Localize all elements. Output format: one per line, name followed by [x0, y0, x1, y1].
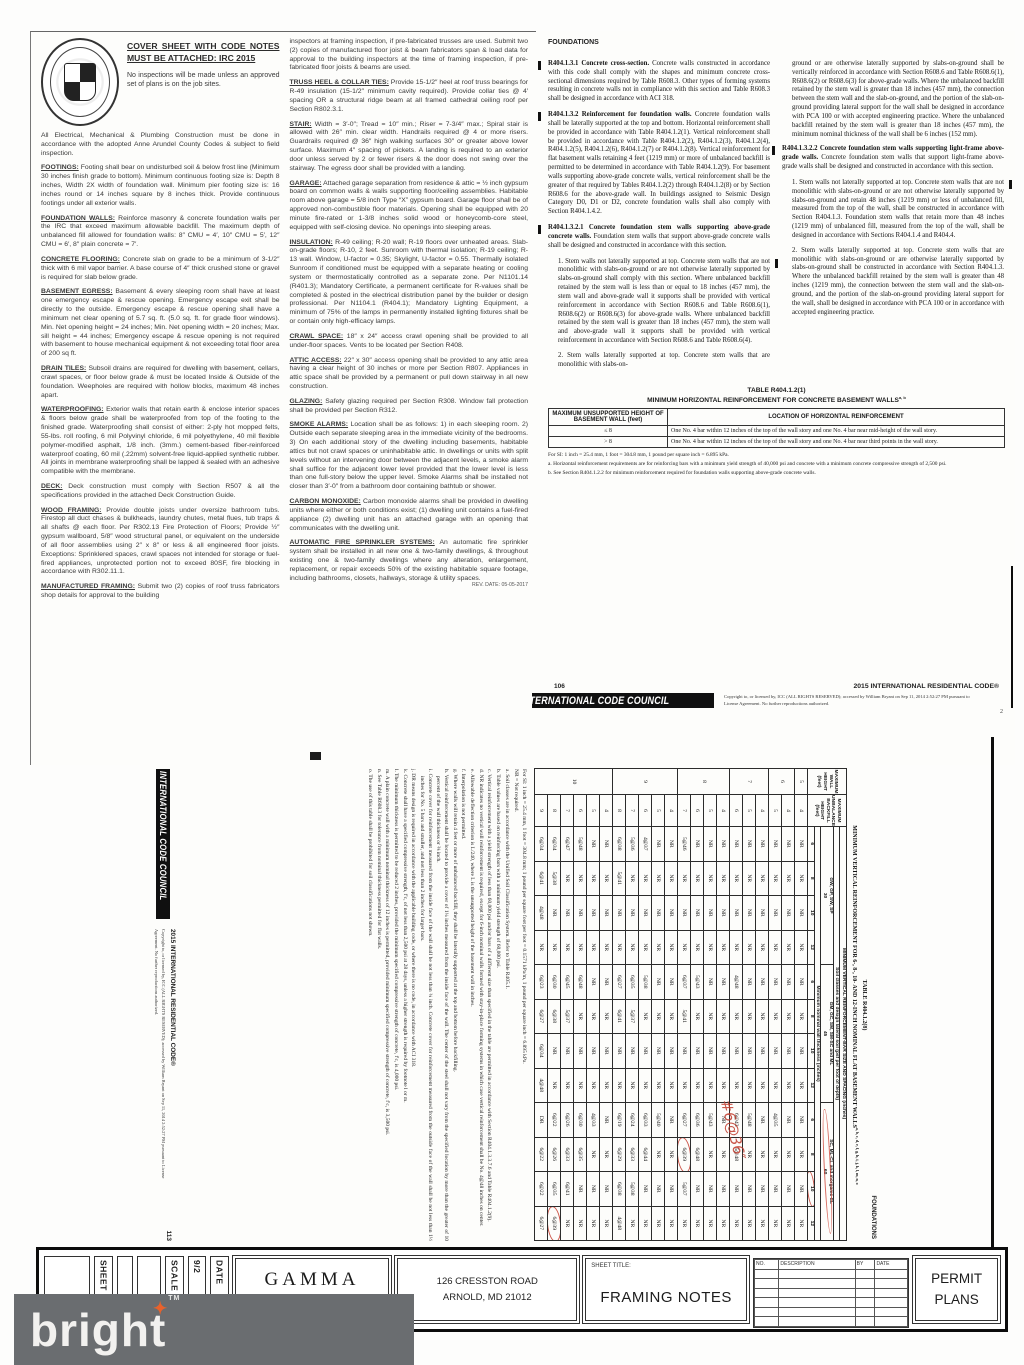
- table1-location-cell: One No. 4 bar within 12 inches of the to…: [668, 437, 1005, 448]
- backfill-cell: 5: [652, 795, 665, 827]
- reinforcement-cell: NR: [548, 1034, 561, 1069]
- reinforcement-cell: 6@29: [613, 1137, 626, 1172]
- page-number: 106: [554, 683, 565, 690]
- reinforcement-cell: 5@37: [626, 999, 639, 1034]
- cover-sections-left: FOOTINGS: Footing shall bear on undistur…: [41, 164, 280, 600]
- reinforcement-cell: NR: [769, 1068, 782, 1103]
- reinforcement-cell: NR: [639, 1068, 652, 1103]
- permit-stamp-line1: PERMIT: [931, 1269, 982, 1289]
- page-edge-line: [991, 737, 994, 1250]
- reinforcement-cell: 6@41: [561, 1172, 574, 1207]
- scale-label: SCALE: [170, 1260, 180, 1291]
- reinforcement-cell: NR: [743, 965, 756, 1000]
- reinforcement-cell: 6@22: [548, 1103, 561, 1138]
- section-heading: FOOTINGS:: [41, 164, 79, 171]
- reinforcement-cell: NR: [678, 1068, 691, 1103]
- reinforcement-cell: NR: [704, 999, 717, 1034]
- section-heading: TRUSS HEEL & COLLAR TIES:: [290, 79, 389, 86]
- company-name-line1: GAMMA: [265, 1269, 360, 1291]
- reinforcement-cell: NR: [652, 999, 665, 1034]
- revision-cell: [855, 1317, 875, 1327]
- reinforcement-cell: NR: [678, 1034, 691, 1069]
- reinforcement-cell: NR: [665, 861, 678, 896]
- reinforcement-cell: NR: [782, 827, 795, 862]
- reinforcement-cell: NR: [652, 1206, 665, 1241]
- reinforcement-cell: NR: [600, 999, 613, 1034]
- table2-title: TABLE R404.1.2(8) MINIMUM VERTICAL REINF…: [850, 763, 868, 1247]
- rotated-page-header: FOUNDATIONS: [870, 763, 876, 1239]
- reinforcement-cell: NR: [691, 861, 704, 896]
- reinforcement-cell: NR: [782, 1068, 795, 1103]
- section-heading: CARBON MONOXIDE:: [290, 498, 361, 505]
- reinforcement-cell: 6@19: [613, 1103, 626, 1138]
- reinforcement-cell: 6@44: [639, 1137, 652, 1172]
- thickness-value: 8: [808, 861, 815, 896]
- cover-section: FOOTINGS: Footing shall bear on undistur…: [41, 164, 280, 208]
- table1-footnotes: For SI: 1 inch = 25.4 mm, 1 foot = 304.8…: [548, 452, 1005, 477]
- code-item: 2. Stem walls laterally supported at top…: [558, 352, 770, 370]
- reinforcement-cell: NR: [769, 1206, 782, 1241]
- reinforcement-cell: 6@38: [613, 1172, 626, 1207]
- reinforcement-cell: NR: [587, 999, 600, 1034]
- reinforcement-cell: NR: [587, 1172, 600, 1207]
- reinforcement-cell: 6@39: [678, 1137, 691, 1172]
- cover-section: TRUSS HEEL & COLLAR TIES: Provide 15-1/2…: [290, 79, 529, 114]
- permit-stamp-line2: PLANS: [934, 1290, 978, 1310]
- reinforcement-cell: NR: [665, 1068, 678, 1103]
- trademark-symbol: TM: [168, 1295, 180, 1302]
- table-row: 5NRNRNRNRNRNRNRNR5@40NRNRNR: [652, 769, 665, 1241]
- table-row: 5NRNRNRNRNRNRNRNR5@48NRNRNR: [743, 769, 756, 1241]
- footnote: c. Vertical reinforcement with a yield s…: [485, 769, 493, 1241]
- code-column-right: ground or are otherwise laterally suppor…: [782, 60, 1004, 376]
- table-row: 75@36NRNRNR6@355@37NRNR6@246@335@38NR: [626, 769, 639, 1241]
- reinforcement-cell: NR: [730, 861, 743, 896]
- reinforcement-cell: NR: [756, 896, 769, 931]
- rotated-table-sheet: FOUNDATIONS TABLE R404.1.2(8) MINIMUM VE…: [140, 763, 880, 1247]
- table-row: 5NRNRNRNRNRNRNRNR5@43NRNRNR: [704, 769, 717, 1241]
- reinforcement-cell: NR: [743, 1068, 756, 1103]
- date-label: DATE: [215, 1260, 225, 1285]
- table-row: > 8One No. 4 bar within 12 inches of the…: [549, 437, 1005, 448]
- thickness-value: 6: [808, 965, 815, 1000]
- reinforcement-cell: NR: [717, 1068, 730, 1103]
- reinforcement-cell: NR: [704, 1034, 717, 1069]
- reinforcement-cell: NR: [665, 1034, 678, 1069]
- soil-group-header: GM, GC, SM, SM-SC and ML45: [821, 965, 833, 1103]
- revision-cell: [875, 1269, 908, 1279]
- table1-height-cell: > 8: [549, 437, 668, 448]
- section-heading: DECK:: [41, 483, 63, 490]
- reinforcement-cell: NR: [730, 1172, 743, 1207]
- reinforcement-cell: NR: [600, 965, 613, 1000]
- soil-group-header: GW, GP, SW, SP30: [821, 827, 833, 965]
- reinforcement-cell: NR: [795, 1068, 808, 1103]
- revision-cell: [855, 1279, 875, 1289]
- reinforcement-cell: 6@22: [535, 1137, 548, 1172]
- code-title: 2015 INTERNATIONAL RESIDENTIAL CODE®: [854, 683, 1000, 690]
- reinforcement-cell: 4@37: [639, 827, 652, 862]
- table-row: 65@48NRNRNR6@48NRNRNR6@306@35NRNR: [574, 769, 587, 1241]
- revision-cell: [779, 1279, 855, 1289]
- reinforcement-cell: NR: [756, 861, 769, 896]
- reinforcement-cell: 6@35: [626, 965, 639, 1000]
- reinforcement-cell: 5@38: [626, 1172, 639, 1207]
- reinforcement-cell: NR: [769, 861, 782, 896]
- reinforcement-cell: NR: [730, 999, 743, 1034]
- cover-sheet-page: COVER SHEET WITH CODE NOTES MUST BE ATTA…: [30, 31, 536, 765]
- reinforcement-cell: 5@36: [626, 827, 639, 862]
- reinforcement-cell: NR: [704, 1137, 717, 1172]
- thickness-value: 6: [808, 1103, 815, 1138]
- cover-section: CONCRETE FLOORING: Concrete slab on grad…: [41, 256, 280, 282]
- reinforcement-cell: NR: [665, 999, 678, 1034]
- table-row: 6NRNRNRNR5@43NRNRNR6@366@48NRNR: [691, 769, 704, 1241]
- wall-height-cell: 9: [613, 769, 678, 795]
- reinforcement-cell: NR: [782, 930, 795, 965]
- reinforcement-cell: NR: [782, 965, 795, 1000]
- code-continuation: ground or are otherwise laterally suppor…: [792, 60, 1004, 139]
- revision-cell: [875, 1279, 908, 1289]
- project-address-box: 126 CRESSTON ROAD ARNOLD, MD 21012: [397, 1258, 577, 1321]
- reinforcement-cell: NR: [600, 861, 613, 896]
- cover-intro: All Electrical, Mechanical & Plumbing Co…: [41, 132, 280, 158]
- reinforcement-cell: NR: [639, 930, 652, 965]
- reinforcement-cell: NR: [704, 1206, 717, 1241]
- reinforcement-cell: NR: [782, 1137, 795, 1172]
- section-heading: AUTOMATIC FIRE SPRINKLER SYSTEMS:: [290, 539, 435, 546]
- reinforcement-cell: 6@26: [548, 1137, 561, 1172]
- reinforcement-cell: NR: [769, 1172, 782, 1207]
- reinforcement-cell: NR: [561, 896, 574, 931]
- code-book-page: FOUNDATIONS R404.1.3.1 Concrete cross-se…: [536, 31, 1015, 765]
- thickness-value: 8: [808, 999, 815, 1034]
- table-row: 96@346@414@48NR6@236@276@344@48DR6@226@2…: [535, 769, 548, 1241]
- reinforcement-cell: 4@48: [730, 965, 743, 1000]
- table-row: 54NRNRNRNRNRNRNRNRNRNRNRNR: [795, 769, 808, 1241]
- table1-col2-header: LOCATION OF HORIZONTAL REINFORCEMENT: [668, 409, 1005, 426]
- cover-column-left: COVER SHEET WITH CODE NOTES MUST BE ATTA…: [41, 38, 280, 607]
- backfill-cell: 5: [769, 795, 782, 827]
- reinforcement-cell: NR: [561, 1034, 574, 1069]
- table-r404-1-2-8: MAXIMUM WALL HEIGHT (feet)MAXIMUM UNBALA…: [534, 768, 847, 1241]
- section-heading: GARAGE:: [290, 180, 322, 187]
- reinforcement-cell: NR: [665, 1172, 678, 1207]
- reinforcement-cell: NR: [652, 965, 665, 1000]
- section-heading: FOUNDATION WALLS:: [41, 215, 115, 222]
- reinforcement-cell: NR: [795, 827, 808, 862]
- reinforcement-cell: 6@37: [678, 965, 691, 1000]
- reinforcement-cell: NR: [574, 1068, 587, 1103]
- reinforcement-cell: NR: [587, 930, 600, 965]
- cover-section: CRAWL SPACE: 18″ x 24″ access crawl open…: [290, 333, 529, 351]
- code-section: R404.1.3.2.2 Concrete foundation stem wa…: [782, 145, 1004, 171]
- section-number: R404.1.3.1 Concrete cross-section.: [548, 60, 649, 67]
- reinforcement-cell: NR: [730, 930, 743, 965]
- footnote: i. Concrete cover for reinforcement meas…: [417, 769, 432, 1241]
- reinforcement-cell: NR: [652, 1034, 665, 1069]
- wall-height-cell: 10: [535, 769, 613, 795]
- star-icon: ✦: [153, 1300, 168, 1317]
- reinforcement-cell: NR: [782, 861, 795, 896]
- reinforcement-cell: NR: [639, 861, 652, 896]
- footnote: g. Where walls will retain 4 feet or mor…: [450, 769, 458, 1241]
- reinforcement-cell: NR: [587, 1206, 600, 1241]
- table-row: 6NRNRNRNR4@48NRNRNR6@435@48NRNR: [730, 769, 743, 1241]
- reinforcement-cell: NR: [743, 1034, 756, 1069]
- reinforcement-cell: 5@38: [548, 861, 561, 896]
- cover-section: WOOD FRAMING: Provide double joists unde…: [41, 507, 280, 578]
- reinforcement-cell: 6@27: [535, 999, 548, 1034]
- reinforcement-cell: 6@48: [691, 1137, 704, 1172]
- reinforcement-cell: NR: [626, 1068, 639, 1103]
- reinforcement-cell: NR: [795, 1206, 808, 1241]
- reinforcement-cell: 6@27: [535, 1206, 548, 1241]
- reinforcement-cell: NR: [756, 1034, 769, 1069]
- section-number: R404.1.3.2 Reinforcement for foundation …: [548, 111, 692, 118]
- reinforcement-cell: NR: [769, 1034, 782, 1069]
- reinforcement-cell: NR: [743, 827, 756, 862]
- reinforcement-cell: NR: [574, 1206, 587, 1241]
- cover-section: GLAZING: Safety glazing required per Sec…: [290, 398, 529, 416]
- backfill-cell: 4: [795, 795, 808, 827]
- section-heading: BASEMENT EGRESS:: [41, 288, 113, 295]
- reinforcement-cell: 4@35: [769, 1103, 782, 1138]
- reinforcement-cell: 6@48: [574, 965, 587, 1000]
- cover-sections-right: TRUSS HEEL & COLLAR TIES: Provide 15-1/2…: [290, 79, 529, 583]
- footnote: a. Soil classes are in accordance with t…: [502, 769, 510, 1241]
- reinforcement-cell: NR: [587, 965, 600, 1000]
- cover-section: GARAGE: Attached garage separation from …: [290, 180, 529, 233]
- reinforcement-cell: NR: [756, 965, 769, 1000]
- reinforcement-cell: NR: [769, 930, 782, 965]
- reinforcement-cell: NR: [600, 1068, 613, 1103]
- section-heading: SMOKE ALARMS:: [290, 421, 349, 428]
- reinforcement-cell: NR: [587, 1068, 600, 1103]
- code-item: 2. Stem walls laterally supported at top…: [792, 247, 1004, 318]
- reinforcement-cell: NR: [756, 1103, 769, 1138]
- code-section: R404.1.3.1 Concrete cross-section. Concr…: [548, 60, 770, 104]
- table-row: 94NRNRNRNRNRNRNRNRNRNRNRNR: [665, 769, 678, 1241]
- reinforcement-cell: NR: [652, 1137, 665, 1172]
- revision-row: [755, 1307, 908, 1317]
- section-heading: CRAWL SPACE:: [290, 333, 344, 340]
- table2-footnotes: For SI: 1 inch = 25.4 mm, 1 foot = 304.8…: [365, 769, 527, 1241]
- section-heading: INSULATION:: [290, 239, 333, 246]
- reinforcement-cell: NR: [600, 1172, 613, 1207]
- table-row: 104NRNRNRNRNRNRNRNRNRNRNRNR: [600, 769, 613, 1241]
- cover-section: DRAIN TILES: Subsoil drains are required…: [41, 365, 280, 400]
- bright-mls-watermark: bright ✦ TM MLS: [14, 1294, 414, 1365]
- reinforcement-cell: NR: [717, 1172, 730, 1207]
- footnote: k. Concrete shall have a specified compr…: [400, 769, 408, 1241]
- thickness-value: 12: [808, 1068, 815, 1103]
- reinforcement-cell: 5@43: [704, 1103, 717, 1138]
- backfill-cell: 5: [704, 795, 717, 827]
- revision-header: DATE: [875, 1260, 908, 1270]
- address-line1: 126 CRESSTON ROAD: [437, 1274, 538, 1289]
- reinforcement-cell: NR: [691, 1068, 704, 1103]
- code-section: R404.1.3.2.1 Concrete foundation stem wa…: [548, 224, 770, 250]
- reinforcement-cell: NR: [639, 1206, 652, 1241]
- reinforcement-cell: NR: [613, 1068, 626, 1103]
- reinforcement-cell: NR: [795, 1137, 808, 1172]
- reinforcement-cell: NR: [548, 896, 561, 931]
- col-backfill-header: MAXIMUM UNBALANCED BACKFILL HEIGHT (feet…: [808, 795, 847, 827]
- reinforcement-cell: NR: [743, 1206, 756, 1241]
- revision-cell: [755, 1279, 779, 1289]
- reinforcement-cell: 4@33: [587, 1103, 600, 1138]
- code-title: 2015 INTERNATIONAL RESIDENTIAL CODE®: [169, 929, 176, 1066]
- reinforcement-cell: NR: [691, 930, 704, 965]
- section-heading: CONCRETE FLOORING:: [41, 256, 120, 263]
- revision-cell: [755, 1307, 779, 1317]
- reinforcement-cell: NR: [717, 1034, 730, 1069]
- reinforcement-cell: NR: [587, 896, 600, 931]
- scanned-permit-document: COVER SHEET WITH CODE NOTES MUST BE ATTA…: [0, 0, 1024, 1365]
- reinforcement-cell: NR: [782, 1034, 795, 1069]
- reinforcement-cell: NR: [782, 1103, 795, 1138]
- backfill-cell: 6: [691, 795, 704, 827]
- reinforcement-cell: NR: [795, 965, 808, 1000]
- backfill-cell: 9: [535, 795, 548, 827]
- cover-section: BASEMENT EGRESS: Basement & every sleepi…: [41, 288, 280, 359]
- reinforcement-cell: 6@41: [613, 999, 626, 1034]
- reinforcement-cell: NR: [548, 930, 561, 965]
- reinforcement-cell: NR: [652, 1172, 665, 1207]
- table1-height-cell: ≤ 8: [549, 426, 668, 437]
- reinforcement-cell: NR: [717, 965, 730, 1000]
- reinforcement-cell: NR: [717, 861, 730, 896]
- reinforcement-cell: NR: [626, 861, 639, 896]
- code-item: 1. Stem walls not laterally supported at…: [558, 258, 770, 346]
- footnote: a. Horizontal reinforcement requirements…: [548, 461, 1005, 469]
- reinforcement-cell: 5@46: [678, 827, 691, 862]
- reinforcement-cell: NR: [652, 930, 665, 965]
- backfill-cell: 7: [626, 795, 639, 827]
- section-number: R404.1.3.2.1 Concrete foundation stem wa…: [548, 224, 770, 240]
- reinforcement-cell: NR: [756, 1068, 769, 1103]
- reinforcement-cell: NR: [730, 1206, 743, 1241]
- section-heading: GLAZING:: [290, 398, 323, 405]
- revision-cell: [779, 1298, 855, 1308]
- footnote: NR = Not required.: [511, 769, 519, 1241]
- span-header: MINIMUM VERTICAL REINFORCEMENT-BAR SIZE …: [840, 827, 847, 1241]
- footnote: m. A plain concrete wall with a minimum …: [383, 769, 391, 1241]
- footnote: For SI: 1 inch = 25.4 mm, 1 foot = 304.8…: [520, 769, 528, 1241]
- reinforcement-cell: 6@27: [678, 1103, 691, 1138]
- reinforcement-cell: 6@33: [639, 1103, 652, 1138]
- reinforcement-cell: NR: [730, 896, 743, 931]
- backfill-cell: 6: [730, 795, 743, 827]
- reinforcement-cell: NR: [691, 827, 704, 862]
- cover-section: DECK: Deck construction must comply with…: [41, 483, 280, 501]
- reinforcement-cell: 4@48: [535, 896, 548, 931]
- reinforcement-cell: NR: [743, 896, 756, 931]
- reinforcement-cell: NR: [561, 930, 574, 965]
- reinforcement-cell: 6@35: [548, 1172, 561, 1207]
- code-page-header: FOUNDATIONS: [548, 39, 1005, 46]
- reinforcement-cell: NR: [665, 1206, 678, 1241]
- revision-table: NO.DESCRIPTIONBYDATE: [753, 1258, 909, 1328]
- reinforcement-cell: NR: [574, 1172, 587, 1207]
- reinforcement-cell: NR: [639, 999, 652, 1034]
- table-row: 86@345@38NRNR6@306@38NRNR6@226@266@356@3…: [548, 769, 561, 1241]
- reinforcement-cell: NR: [600, 1103, 613, 1138]
- revision-cell: [875, 1317, 908, 1327]
- cover-section: MANUFACTURED FRAMING: Submit two (2) cop…: [41, 583, 280, 601]
- reinforcement-cell: NR: [795, 1034, 808, 1069]
- reinforcement-cell: NR: [704, 930, 717, 965]
- reinforcement-cell: 4@48: [535, 1068, 548, 1103]
- revision-cell: [755, 1317, 779, 1327]
- table-row: ≤ 8One No. 4 bar within 12 inches of the…: [549, 426, 1005, 437]
- revision-row: [755, 1288, 908, 1298]
- sheet-title-box: SHEET TITLE: FRAMING NOTES: [585, 1258, 747, 1321]
- soil-header: Soil classes and design lateral soil (ps…: [833, 827, 840, 1241]
- backfill-cell: 5: [743, 795, 756, 827]
- code-item: 1. Stem walls not laterally supported at…: [792, 179, 1004, 241]
- reinforcement-cell: NR: [782, 896, 795, 931]
- section-heading: STAIR:: [290, 121, 312, 128]
- reinforcement-cell: NR: [743, 999, 756, 1034]
- reinforcement-cell: 6@26: [561, 1103, 574, 1138]
- reinforcement-cell: NR: [704, 965, 717, 1000]
- revision-cell: [855, 1307, 875, 1317]
- reinforcement-cell: NR: [652, 1068, 665, 1103]
- reinforcement-cell: NR: [574, 1034, 587, 1069]
- copyright-text: Copyright to, or licensed by, ICC (ALL R…: [153, 929, 166, 1189]
- table-row: 84NRNRNRNRNRNRNRNRNRNRNRNR: [717, 769, 730, 1241]
- reinforcement-cell: NR: [587, 1034, 600, 1069]
- revision-cell: [779, 1288, 855, 1298]
- reinforcement-cell: NR: [691, 1206, 704, 1241]
- revision-cell: [779, 1317, 855, 1327]
- thickness-value: 10: [808, 1172, 815, 1207]
- reinforcement-cell: 5@38: [639, 965, 652, 1000]
- backfill-cell: 4: [600, 795, 613, 827]
- reinforcement-cell: NR: [730, 1034, 743, 1069]
- reinforcement-cell: NR: [769, 896, 782, 931]
- reinforcement-cell: NR: [730, 827, 743, 862]
- backfill-cell: 5: [587, 795, 600, 827]
- table-row: 75@46NRNRNR6@375@41NRNR6@276@395@37NR: [678, 769, 691, 1241]
- revision-row: [755, 1269, 908, 1279]
- revision-cell: [755, 1269, 779, 1279]
- revision-cell: [875, 1307, 908, 1317]
- county-seal-icon: [41, 38, 119, 126]
- reinforcement-cell: NR: [665, 827, 678, 862]
- cover-section: FOUNDATION WALLS: Reinforce masonry & co…: [41, 215, 280, 250]
- reinforcement-cell: NR: [535, 930, 548, 965]
- reinforcement-cell: NR: [717, 827, 730, 862]
- reinforcement-cell: NR: [795, 930, 808, 965]
- reinforcement-cell: NR: [652, 896, 665, 931]
- backfill-cell: 8: [613, 795, 626, 827]
- reinforcement-cell: 5@43: [691, 965, 704, 1000]
- reinforcement-cell: NR: [665, 1103, 678, 1138]
- thickness-value: 6: [808, 827, 815, 862]
- reinforcement-cell: 6@36: [691, 1103, 704, 1138]
- reinforcement-cell: NR: [704, 1068, 717, 1103]
- reinforcement-cell: NR: [782, 999, 795, 1034]
- reinforcement-cell: 6@34: [548, 827, 561, 862]
- section-heading: DRAIN TILES:: [41, 365, 86, 372]
- footnote: l. The minimum thickness is permitted to…: [391, 769, 399, 1241]
- reinforcement-cell: NR: [704, 827, 717, 862]
- revision-cell: [875, 1298, 908, 1308]
- reinforcement-cell: 6@30: [574, 1103, 587, 1138]
